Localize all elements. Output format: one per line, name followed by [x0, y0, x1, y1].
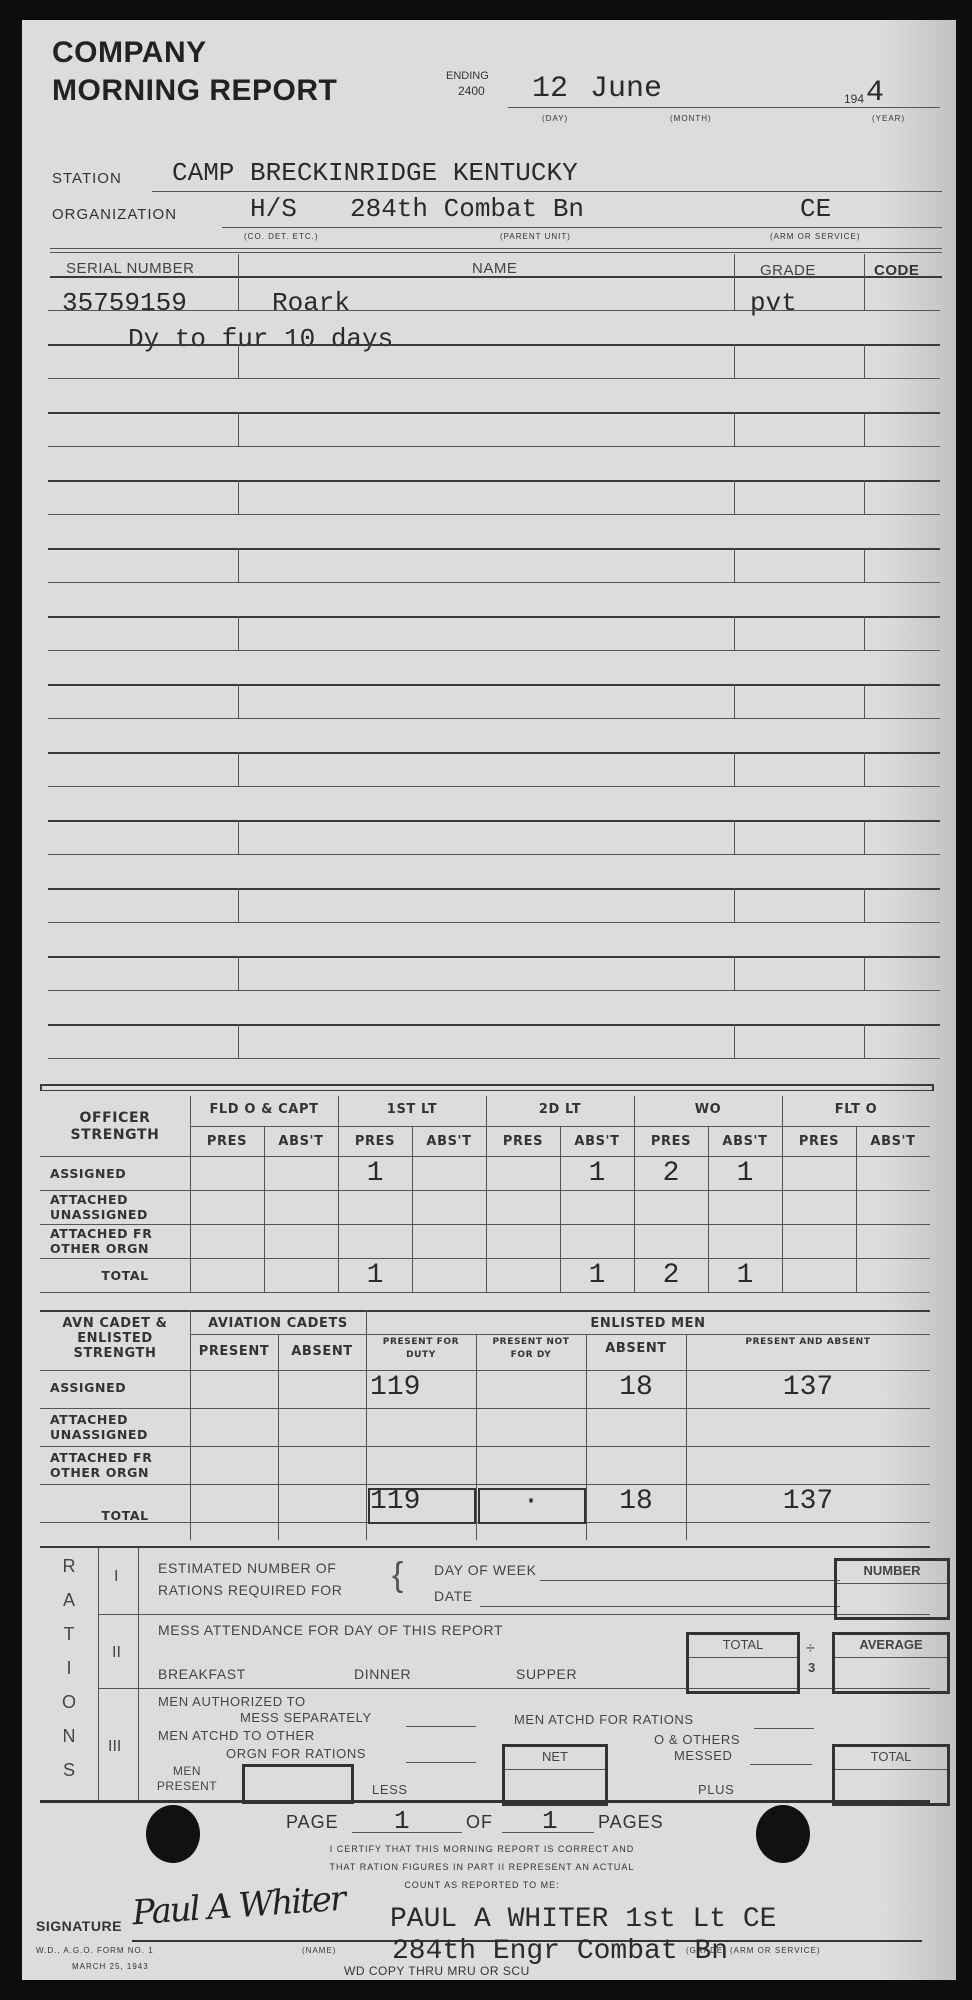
organization-parent-unit: 284th Combat Bn — [350, 194, 584, 224]
rations-total-box[interactable]: TOTAL — [832, 1744, 950, 1806]
cadet-subheader: ABSENT — [278, 1344, 366, 1359]
plus-label: PLUS — [698, 1782, 734, 1797]
officer-cell[interactable]: 1 — [708, 1260, 782, 1291]
officer-subheader: ABS'T — [856, 1134, 930, 1149]
atchd-other-line1: MEN ATCHD TO OTHER — [158, 1728, 315, 1743]
enlisted-subheader: PRESENT FOR DUTY — [376, 1336, 466, 1362]
section-divider — [40, 1084, 934, 1091]
average-box[interactable]: AVERAGE — [832, 1632, 950, 1694]
officer-group-header: FLT O — [782, 1102, 930, 1117]
aviation-cadets-header: AVIATION CADETS — [190, 1316, 366, 1331]
atchd-for-rations: MEN ATCHD FOR RATIONS — [514, 1712, 694, 1727]
rations-side-letter: A — [54, 1590, 84, 1611]
form-date: MARCH 25, 1943 — [72, 1962, 149, 1971]
officer-group-header: 1ST LT — [338, 1102, 486, 1117]
roster-name: Roark — [272, 288, 350, 318]
officer-cell[interactable]: 2 — [634, 1260, 708, 1291]
average-label: AVERAGE — [835, 1637, 947, 1652]
officer-cell[interactable]: 1 — [338, 1158, 412, 1189]
rations-side-letter: R — [54, 1556, 84, 1577]
others-line1: O & OTHERS — [654, 1732, 740, 1747]
attendance-total-label: TOTAL — [689, 1637, 797, 1652]
number-box-label: NUMBER — [837, 1563, 947, 1578]
atchd-other-line2: ORGN FOR RATIONS — [226, 1746, 366, 1761]
auth-line2: MESS SEPARATELY — [240, 1710, 372, 1725]
officer-subheader: PRES — [634, 1134, 708, 1149]
enlisted-cell[interactable]: 18 — [586, 1486, 686, 1517]
rations-total-label: TOTAL — [835, 1749, 947, 1764]
rations-side-letter: S — [54, 1760, 84, 1781]
cadet-subheader: PRESENT — [190, 1344, 278, 1359]
rations-side-letter: O — [54, 1692, 84, 1713]
year-caption: (YEAR) — [872, 114, 905, 123]
officer-cell[interactable]: 2 — [634, 1158, 708, 1189]
officer-subheader: PRES — [338, 1134, 412, 1149]
morning-report-form: COMPANY MORNING REPORT ENDING 2400 12 Ju… — [22, 20, 956, 1980]
number-box[interactable]: NUMBER — [834, 1558, 950, 1620]
caption-arm-service: (ARM OR SERVICE) — [770, 232, 861, 241]
officer-cell[interactable]: 1 — [338, 1260, 412, 1291]
enlisted-men-header: ENLISTED MEN — [366, 1316, 930, 1331]
signature-script: Paul A Whiter — [131, 1879, 346, 1934]
section-iii-numeral: III — [108, 1738, 121, 1756]
of-label: OF — [466, 1812, 493, 1833]
form-title-line2: MORNING REPORT — [52, 72, 337, 110]
officer-group-header: WO — [634, 1102, 782, 1117]
organization-arm-service: CE — [800, 194, 831, 224]
mess-attendance-title: MESS ATTENDANCE FOR DAY OF THIS REPORT — [158, 1622, 503, 1638]
organization-unit: H/S — [250, 194, 297, 224]
men-present-label: MEN PRESENT — [150, 1764, 224, 1794]
rations-section: RATIONS I ESTIMATED NUMBER OF RATIONS RE… — [40, 1546, 930, 1803]
signer-unit: 284th Engr Combat Bn — [392, 1936, 728, 1967]
officer-subheader: ABS'T — [560, 1134, 634, 1149]
page-number: 1 — [394, 1806, 410, 1836]
roster-header-serial: SERIAL NUMBER — [66, 260, 194, 277]
signature-label: SIGNATURE — [36, 1918, 122, 1934]
breakfast-label: BREAKFAST — [158, 1666, 246, 1682]
enlisted-row-label: ASSIGNED — [50, 1380, 180, 1395]
enlisted-cell[interactable]: 137 — [686, 1372, 930, 1403]
enlisted-row-label: ATTACHED UNASSIGNED — [50, 1412, 180, 1442]
roster-header-name: NAME — [472, 260, 517, 277]
officer-subheader: PRES — [486, 1134, 560, 1149]
roster-remark: Dy to fur 10 days — [128, 324, 393, 354]
divisor: 3 — [808, 1660, 815, 1675]
roster-grade: pvt — [750, 288, 797, 318]
dinner-label: DINNER — [354, 1666, 411, 1682]
enlisted-cell[interactable]: 137 — [686, 1486, 930, 1517]
ending-time: 2400 — [458, 84, 485, 98]
divide-sign: ÷ — [806, 1640, 815, 1658]
attendance-total-box[interactable]: TOTAL — [686, 1632, 800, 1694]
auth-line1: MEN AUTHORIZED TO — [158, 1694, 306, 1709]
men-present-box[interactable] — [242, 1764, 354, 1804]
section-i-line2: RATIONS REQUIRED FOR — [158, 1582, 342, 1598]
enlisted-strength-title: AVN CADET & ENLISTED STRENGTH — [40, 1316, 190, 1361]
rations-side-letter: T — [54, 1624, 84, 1645]
enlisted-strength-table: AVN CADET & ENLISTED STRENGTHAVIATION CA… — [40, 1310, 930, 1540]
rations-side-letter: I — [54, 1658, 84, 1679]
officer-strength-table: OFFICER STRENGTHFLD O & CAPTPRESABS'T1ST… — [40, 1096, 930, 1292]
net-label: NET — [505, 1749, 605, 1764]
year-prefix: 194 — [844, 92, 864, 106]
officer-group-header: 2D LT — [486, 1102, 634, 1117]
officer-row-label: TOTAL — [80, 1268, 170, 1283]
section-i-line1: ESTIMATED NUMBER OF — [158, 1560, 336, 1576]
enlisted-subheader: PRESENT NOT FOR DY — [486, 1336, 576, 1362]
station-label: STATION — [52, 170, 122, 187]
date-label: DATE — [434, 1588, 473, 1604]
organization-label: ORGANIZATION — [52, 206, 177, 223]
officer-subheader: PRES — [190, 1134, 264, 1149]
enlisted-subheader: PRESENT AND ABSENT — [696, 1336, 920, 1349]
officer-subheader: PRES — [782, 1134, 856, 1149]
report-day: 12 — [532, 72, 568, 106]
enlisted-row-label: TOTAL — [80, 1508, 170, 1523]
officer-strength-title: OFFICER STRENGTH — [40, 1110, 190, 1144]
pages-label: PAGES — [598, 1812, 664, 1833]
officer-row-label: ATTACHED FR OTHER ORGN — [50, 1226, 180, 1256]
certify-line-1: I CERTIFY THAT THIS MORNING REPORT IS CO… — [242, 1840, 722, 1858]
name-caption: (NAME) — [302, 1946, 336, 1955]
binder-hole-left — [146, 1805, 200, 1863]
officer-cell[interactable]: 1 — [560, 1158, 634, 1189]
day-of-week-label: DAY OF WEEK — [434, 1562, 537, 1578]
officer-row-label: ATTACHED UNASSIGNED — [50, 1192, 180, 1222]
officer-row-label: ASSIGNED — [50, 1166, 180, 1181]
binder-hole-right — [756, 1805, 810, 1863]
section-ii-numeral: II — [112, 1644, 121, 1662]
page-total: 1 — [542, 1806, 558, 1836]
officer-cell[interactable]: 1 — [560, 1260, 634, 1291]
form-number: W.D., A.G.O. FORM NO. 1 — [36, 1946, 154, 1955]
enlisted-cell[interactable]: 119 — [366, 1372, 476, 1403]
officer-cell[interactable]: 1 — [708, 1158, 782, 1189]
rations-side-letter: N — [54, 1726, 84, 1747]
supper-label: SUPPER — [516, 1666, 577, 1682]
signer-typed-name: PAUL A WHITER 1st Lt CE — [390, 1904, 776, 1935]
ending-label: ENDING — [446, 70, 489, 82]
officer-subheader: ABS'T — [708, 1134, 782, 1149]
officer-group-header: FLD O & CAPT — [190, 1102, 338, 1117]
roster-serial: 35759159 — [62, 288, 187, 318]
enlisted-row-label: ATTACHED FR OTHER ORGN — [50, 1450, 180, 1480]
certify-line-2: THAT RATION FIGURES IN PART II REPRESENT… — [242, 1858, 722, 1876]
caption-unit: (CO. DET. ETC.) — [244, 232, 319, 241]
year-digit: 4 — [866, 76, 884, 110]
officer-subheader: ABS'T — [412, 1134, 486, 1149]
less-label: LESS — [372, 1782, 408, 1797]
month-caption: (MONTH) — [670, 114, 712, 123]
section-i-numeral: I — [114, 1568, 118, 1586]
net-box[interactable]: NET — [502, 1744, 608, 1806]
station-value: CAMP BRECKINRIDGE KENTUCKY — [172, 158, 578, 188]
caption-parent-unit: (PARENT UNIT) — [500, 232, 571, 241]
enlisted-subheader: ABSENT — [596, 1342, 676, 1355]
enlisted-cell[interactable]: 18 — [586, 1372, 686, 1403]
officer-subheader: ABS'T — [264, 1134, 338, 1149]
page-label: PAGE — [286, 1812, 339, 1833]
day-caption: (DAY) — [542, 114, 568, 123]
report-month: June — [590, 72, 662, 106]
form-title-line1: COMPANY — [52, 34, 207, 72]
routing-note: WD COPY THRU MRU OR SCU — [344, 1964, 530, 1978]
others-line2: MESSED — [674, 1748, 733, 1763]
